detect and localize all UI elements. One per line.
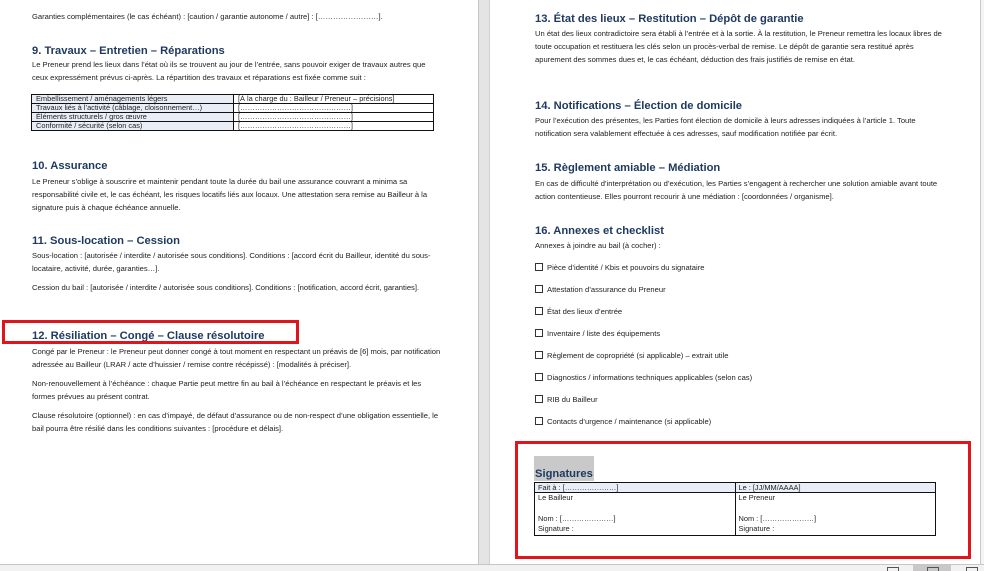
checklist-item: Diagnostics / informations techniques ap… [535,371,752,384]
checkbox-icon[interactable] [535,373,543,381]
section-12-non-renewal: Non-renouvellement à l’échéance : chaque… [32,377,442,403]
table-row: Conformité / sécurité (selon cas)[………………… [32,122,434,131]
section-12-notice: Congé par le Preneur : le Preneur peut d… [32,345,442,371]
guarantees-line: Garanties complémentaires (le cas échéan… [32,10,383,23]
checklist-item: Règlement de copropriété (si applicable)… [535,349,752,362]
document-page-left[interactable]: Garanties complémentaires (le cas échéan… [0,0,478,564]
checklist-item: État des lieux d’entrée [535,305,752,318]
section-9-text: Le Preneur prend les lieux dans l’état o… [32,58,442,84]
document-page-right[interactable]: 13. État des lieux – Restitution – Dépôt… [490,0,981,564]
section-14-title: 14. Notifications – Élection de domicile [535,99,742,113]
checklist-item-label: Inventaire / liste des équipements [547,329,660,338]
checklist-item: Inventaire / liste des équipements [535,327,752,340]
section-11-title: 11. Sous-location – Cession [32,234,180,248]
section-9-title: 9. Travaux – Entretien – Réparations [32,44,225,58]
checklist-item: Attestation d’assurance du Preneur [535,283,752,296]
checklist-item-label: Règlement de copropriété (si applicable)… [547,351,729,360]
section-10-text: Le Preneur s’oblige à souscrire et maint… [32,175,442,214]
works-item-cell: Conformité / sécurité (selon cas) [32,122,234,131]
checkbox-icon[interactable] [535,395,543,403]
checkbox-icon[interactable] [535,329,543,337]
print-layout-button[interactable] [913,565,951,571]
section-16-intro: Annexes à joindre au bail (à cocher) : [535,239,661,252]
web-layout-button[interactable] [952,565,984,571]
checkbox-icon[interactable] [535,263,543,271]
section-12-termination-clause: Clause résolutoire (optionnel) : en cas … [32,409,442,435]
read-mode-icon [887,567,899,571]
section-15-title: 15. Règlement amiable – Médiation [535,161,720,175]
works-allocation-table: Embellissement / aménagements légers[À l… [31,94,434,131]
web-layout-icon [966,567,978,571]
checklist-item-label: Attestation d’assurance du Preneur [547,285,666,294]
annex-checklist: Pièce d’identité / Kbis et pouvoirs du s… [535,261,752,437]
checkbox-icon[interactable] [535,307,543,315]
read-mode-button[interactable] [874,565,912,571]
checklist-item-label: État des lieux d’entrée [547,307,622,316]
section-13-title: 13. État des lieux – Restitution – Dépôt… [535,12,804,26]
checklist-item: Pièce d’identité / Kbis et pouvoirs du s… [535,261,752,274]
checklist-item-label: Pièce d’identité / Kbis et pouvoirs du s… [547,263,704,272]
checklist-item-label: Contacts d’urgence / maintenance (si app… [547,417,711,426]
page-gutter [478,0,490,564]
status-bar [0,564,984,571]
print-layout-icon [927,567,939,571]
section-11-sublease: Sous-location : [autorisée / interdite /… [32,249,442,275]
section-13-text: Un état des lieux contradictoire sera ét… [535,27,947,66]
checklist-item: RIB du Bailleur [535,393,752,406]
checklist-item-label: Diagnostics / informations techniques ap… [547,373,752,382]
checklist-item: Contacts d’urgence / maintenance (si app… [535,415,752,428]
section-16-title: 16. Annexes et checklist [535,224,664,238]
section-11-assignment: Cession du bail : [autorisée / interdite… [32,281,442,294]
highlight-box-signatures [515,441,971,559]
highlight-box-section-12 [2,320,299,344]
checkbox-icon[interactable] [535,285,543,293]
checklist-item-label: RIB du Bailleur [547,395,598,404]
checkbox-icon[interactable] [535,417,543,425]
section-10-title: 10. Assurance [32,159,107,173]
checkbox-icon[interactable] [535,351,543,359]
section-14-text: Pour l’exécution des présentes, les Part… [535,114,947,140]
section-15-text: En cas de difficulté d’interprétation ou… [535,177,947,203]
works-allocation-cell[interactable]: [………………………………………] [234,122,434,131]
